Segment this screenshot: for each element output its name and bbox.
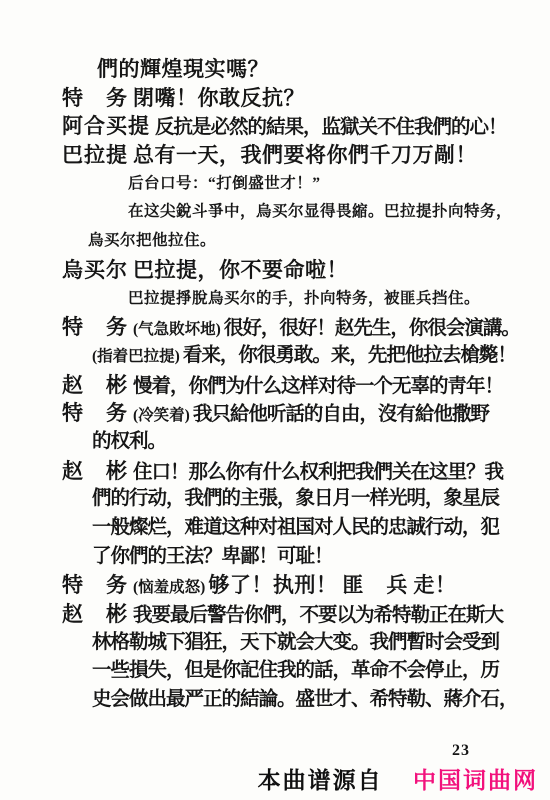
page-number: 23	[452, 742, 470, 760]
script-line: 一些損失，但是你記住我的話，革命不会停止，历	[62, 657, 514, 686]
watermark: 本曲谱源自 中国词曲网	[258, 762, 538, 795]
speaker-name: 赵 彬	[62, 457, 128, 486]
dialogue-text: 林格勒城下猖狂，天下就会大变。我們暫时会受到	[92, 632, 499, 653]
speaker-name: 赵 彬	[62, 371, 128, 400]
script-line: 赵 彬慢着，你們为什么这样对待一个无辜的靑年！	[62, 371, 503, 400]
script-line: 史会做出最严正的結論。盛世才、希特勒、蔣介石，	[62, 686, 514, 715]
script-line: 林格勒城下猖狂，天下就会大变。我們暫时会受到	[62, 629, 514, 658]
stage-direction-line: 烏买尔把他拉住。	[62, 227, 514, 256]
dialogue-text: 我只給他听話的自由，沒有給他撒野	[193, 404, 489, 425]
watermark-prefix: 本曲谱源自	[258, 767, 383, 793]
speaker-name: 特 务	[62, 313, 128, 342]
script-line: 特 务(冷笑着)我只給他听話的自由，沒有給他撒野	[62, 399, 489, 428]
dialogue-text: 够了！执刑！	[208, 573, 337, 597]
dialogue-text: 我要最后警告你們，不要以为希特勒正在斯大	[133, 605, 503, 626]
dialogue-text: 史会做出最严正的結論。盛世才、希特勒、蔣介石，	[92, 689, 518, 710]
script-line: 特 务(恼羞成怒)够了！执刑！	[62, 571, 337, 600]
dialogue-text: 总有一天，我們要将你們千刀万剮！	[133, 143, 477, 167]
dialogue-text: 很好，很好！赵先生，你很会演講。	[224, 318, 520, 339]
inline-stage-note: (恼羞成怒)	[133, 579, 205, 596]
stage-direction-line: 后台口号：“打倒盛世才！”	[62, 170, 514, 199]
stage-direction-text: 后台口号：“打倒盛世才！”	[128, 175, 321, 192]
script-line: 烏买尔巴拉提，你不要命啦！	[62, 256, 348, 285]
script-line: 赵 彬我要最后警告你們，不要以为希特勒正在斯大	[62, 600, 503, 629]
inline-stage-note: (指着巴拉提)	[92, 348, 180, 365]
scanned-script-page: 們的輝煌現实嗎？特 务閉嘴！你敢反抗？阿合买提反抗是必然的結果，监獄关不住我們的…	[0, 0, 550, 800]
inline-stage-note: (冷笑着)	[133, 407, 190, 424]
script-line: 匪 兵走！	[342, 571, 456, 600]
script-line: 們的行动，我們的主張，象日月一样光明，象星辰	[62, 485, 514, 514]
speaker-name: 赵 彬	[62, 600, 128, 629]
stage-direction-text: 烏买尔把他拉住。	[88, 232, 216, 249]
script-line: 們的輝煌現实嗎？	[62, 55, 514, 84]
script-line: 的权利。	[62, 428, 514, 457]
stage-direction-line: 在这尖銳斗爭中，烏买尔显得畏縮。巴拉提扑向特务，	[62, 198, 514, 227]
dialogue-text: 們的輝煌現实嗎？	[97, 57, 269, 81]
script-line: 巴拉提总有一天，我們要将你們千刀万剮！	[62, 141, 477, 170]
dialogue-text: 看来，你很勇敢。来，先把他拉去槍斃！	[183, 345, 516, 366]
dialogue-text: 閉嘴！你敢反抗？	[133, 86, 305, 110]
dialogue-text: 們的行动，我們的主張，象日月一样光明，象星辰	[92, 488, 499, 509]
dialogue-text: 慢着，你們为什么这样对待一个无辜的靑年！	[133, 376, 503, 397]
stage-direction-text: 巴拉提掙脫烏买尔的手，扑向特务，被匪兵挡住。	[128, 290, 480, 307]
dialogue-text: 反抗是必然的結果，监獄关不住我們的心！	[155, 117, 507, 138]
script-line: 赵 彬住口！那么你有什么权利把我們关在这里？我	[62, 457, 503, 486]
script-line: 阿合买提反抗是必然的結果，监獄关不住我們的心！	[62, 112, 507, 141]
speaker-name: 匪 兵	[342, 571, 408, 600]
speaker-name: 阿合买提	[62, 112, 150, 141]
speaker-name: 特 务	[62, 571, 128, 600]
dialogue-text: 住口！那么你有什么权利把我們关在这里？我	[133, 462, 503, 483]
script-line: (指着巴拉提)看来，你很勇敢。来，先把他拉去槍斃！	[62, 342, 514, 371]
dialogue-text: 巴拉提，你不要命啦！	[133, 258, 348, 282]
watermark-brand: 中国词曲网	[413, 767, 538, 793]
script-line: 特 务(气急敗坏地)很好，很好！赵先生，你很会演講。	[62, 313, 520, 342]
stage-direction-text: 在这尖銳斗爭中，烏买尔显得畏縮。巴拉提扑向特务，	[128, 203, 512, 220]
dialogue-text: 的权利。	[92, 431, 166, 452]
dialogue-text: 了你們的王法？卑鄙！可耻！	[92, 546, 333, 567]
speaker-name: 特 务	[62, 84, 128, 113]
script-line: 特 务閉嘴！你敢反抗？	[62, 84, 305, 113]
script-line: 了你們的王法？卑鄙！可耻！	[62, 543, 514, 572]
inline-stage-note: (气急敗坏地)	[133, 321, 221, 338]
speaker-name: 烏买尔	[62, 256, 128, 285]
dialogue-text: 一些損失，但是你記住我的話，革命不会停止，历	[92, 660, 499, 681]
stage-direction-line: 巴拉提掙脫烏买尔的手，扑向特务，被匪兵挡住。	[62, 285, 514, 314]
script-line: 一般燦烂，难道这种对祖国对人民的忠誠行动，犯	[62, 514, 514, 543]
script-lines: 們的輝煌現实嗎？特 务閉嘴！你敢反抗？阿合买提反抗是必然的結果，监獄关不住我們的…	[62, 55, 514, 715]
speaker-name: 特 务	[62, 399, 128, 428]
speaker-name: 巴拉提	[62, 141, 128, 170]
dialogue-text: 走！	[413, 573, 456, 597]
dialogue-text: 一般燦烂，难道这种对祖国对人民的忠誠行动，犯	[92, 517, 499, 538]
